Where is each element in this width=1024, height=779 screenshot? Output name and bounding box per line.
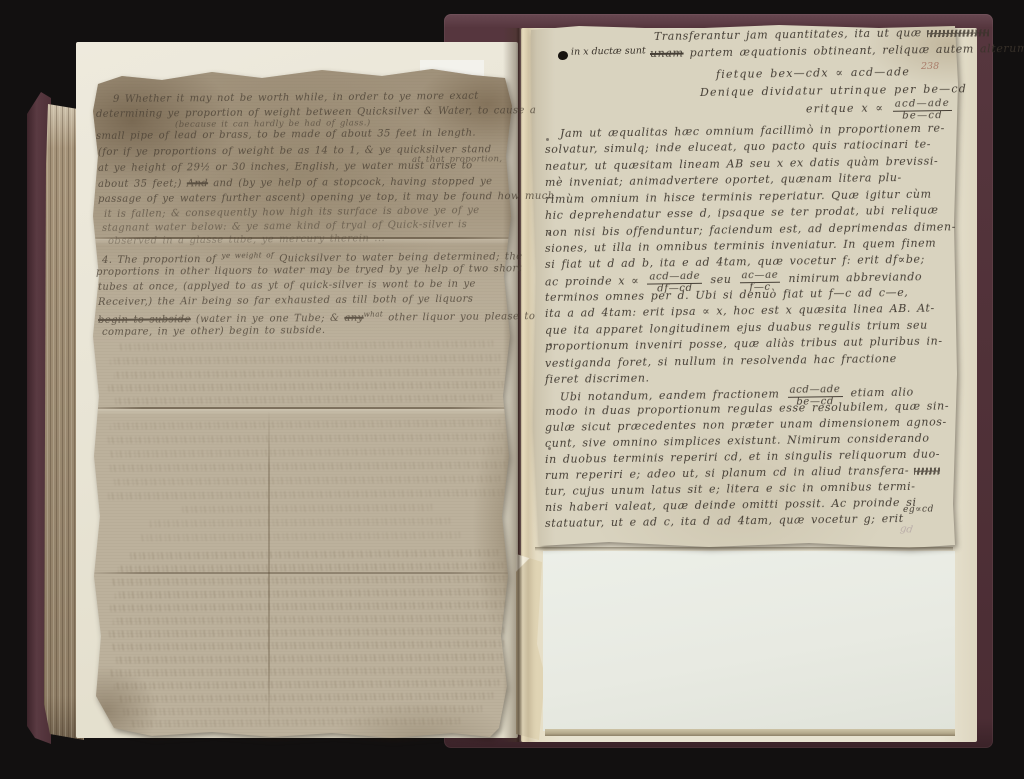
fold-crease <box>93 572 511 574</box>
gutter <box>503 28 537 742</box>
vertical-fold-crease <box>268 410 270 730</box>
right-manuscript-bottom-shadow <box>535 547 953 551</box>
left-manuscript-wrapper <box>92 66 515 742</box>
fold-crease-highlight <box>92 409 513 415</box>
interleaf-tissue-sheet <box>543 551 955 731</box>
right-manuscript-leaf <box>529 24 959 550</box>
right-manuscript-wrapper <box>529 24 959 550</box>
lower-leaf-edges <box>545 729 955 736</box>
fold-crease-highlight <box>94 239 512 245</box>
manuscript-book-photo: 9 Whether it may not be worth while, in … <box>0 0 1024 779</box>
left-manuscript-leaf <box>92 66 515 742</box>
